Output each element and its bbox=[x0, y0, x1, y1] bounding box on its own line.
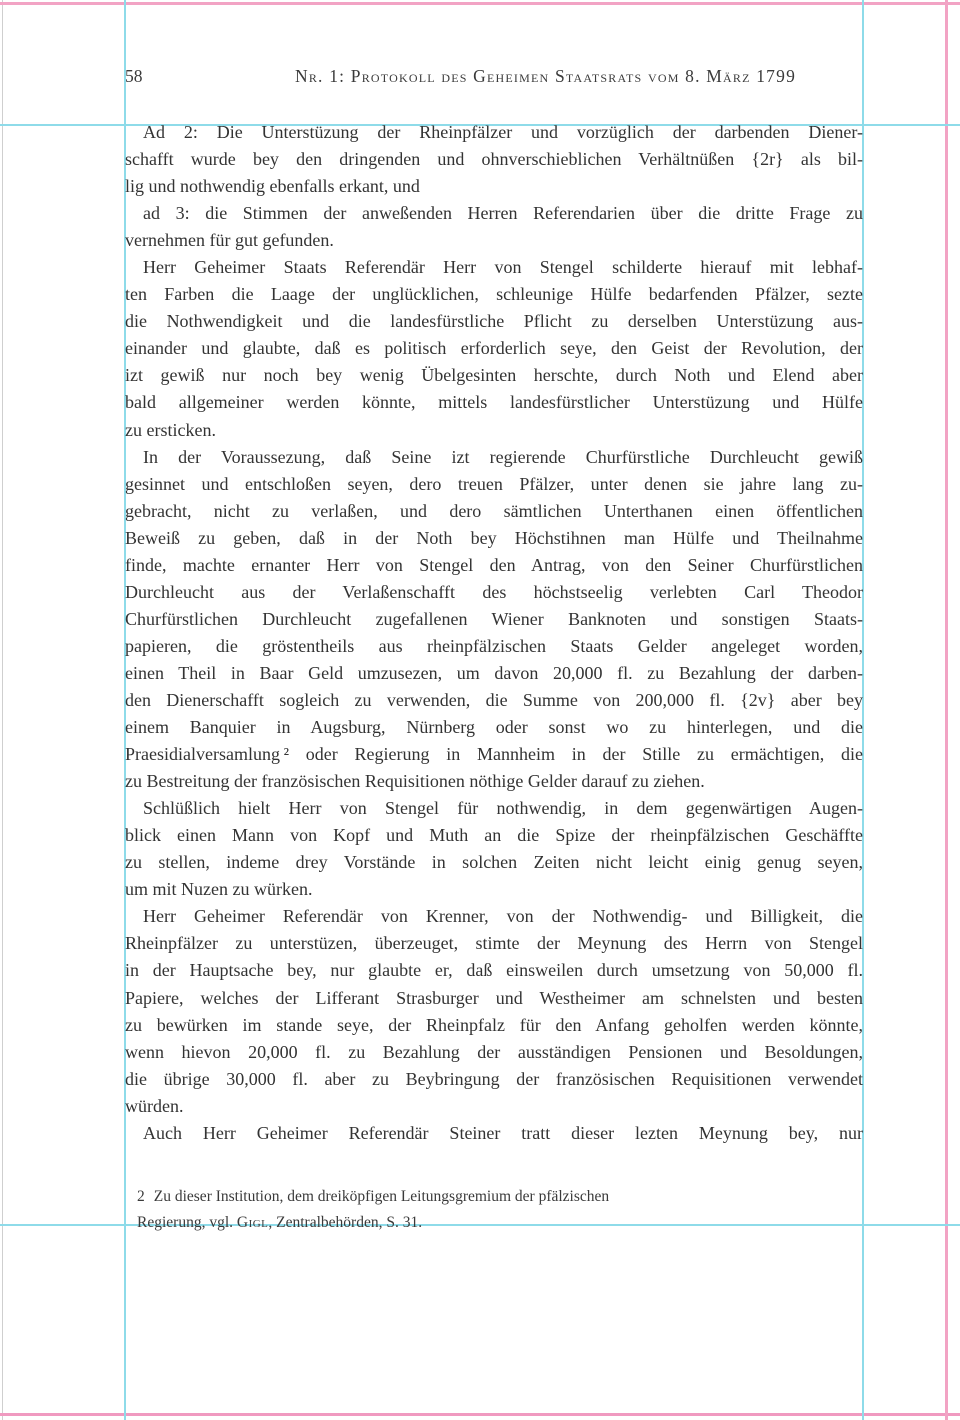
text-line: lig und nothwendig ebenfalls erkant, und bbox=[125, 173, 863, 200]
footnote-text: Regierung, vgl. bbox=[137, 1214, 237, 1231]
footnote-text: Zu dieser Institution, dem dreiköpfigen … bbox=[154, 1188, 609, 1205]
text-line: die übrige 30,000 fl. aber zu Beybringun… bbox=[125, 1066, 863, 1093]
footnote-line: Regierung, vgl. Gigl, Zentralbehörden, S… bbox=[137, 1210, 757, 1236]
text-line: zu stellen, indeme drey Vorstände in sol… bbox=[125, 849, 863, 876]
text-line: einem Banquier in Augsburg, Nürnberg ode… bbox=[125, 714, 863, 741]
text-line: schafft wurde bey den dringenden und ohn… bbox=[125, 146, 863, 173]
text-line: blick einen Mann von Kopf und Muth an di… bbox=[125, 822, 863, 849]
text-line: Rheinpfälzer zu unterstüzen, überzeuget,… bbox=[125, 930, 863, 957]
text-line: Auch Herr Geheimer Referendär Steiner tr… bbox=[125, 1120, 863, 1147]
paragraph: Ad 2: Die Unterstüzung der Rheinpfälzer … bbox=[125, 119, 863, 200]
text-line: bald allgemeiner werden könnte, mittels … bbox=[125, 389, 863, 416]
text-line: gesinnet und entschloßen seyen, dero tre… bbox=[125, 471, 863, 498]
text-line: Praesidialversamlung ² oder Regierung in… bbox=[125, 741, 863, 768]
text-line: Beweiß zu geben, daß in der Noth bey Höc… bbox=[125, 525, 863, 552]
text-line: In der Voraussezung, daß Seine izt regie… bbox=[125, 444, 863, 471]
footnote-author: Gigl bbox=[237, 1214, 269, 1231]
page-edge-line bbox=[2, 0, 3, 1420]
text-line: in der Hauptsache bey, nur glaubte er, d… bbox=[125, 957, 863, 984]
text-line: den Dienerschafft sogleich zu verwenden,… bbox=[125, 687, 863, 714]
text-line: die Nothwendigkeit und die landesfürstli… bbox=[125, 308, 863, 335]
paragraph: Auch Herr Geheimer Referendär Steiner tr… bbox=[125, 1120, 863, 1147]
paragraph: In der Voraussezung, daß Seine izt regie… bbox=[125, 444, 863, 796]
text-line: izt gewiß nur noch bey wenig Übelgesinte… bbox=[125, 362, 863, 389]
text-line: zu bewürken im stande seye, der Rheinpfa… bbox=[125, 1012, 863, 1039]
text-line: Schlüßlich hielt Herr von Stengel für no… bbox=[125, 795, 863, 822]
text-line: zu Bestreitung der französischen Requisi… bbox=[125, 768, 863, 795]
page-header: 58 Nr. 1: Protokoll des Geheimen Staatsr… bbox=[0, 64, 960, 88]
crop-mark-top bbox=[0, 2, 960, 5]
text-line: einander und glaubte, daß es politisch e… bbox=[125, 335, 863, 362]
text-line: Churfürstlichen Durchleucht zugefallenen… bbox=[125, 606, 863, 633]
text-line: papieren, die gröstentheils aus rheinpfä… bbox=[125, 633, 863, 660]
paragraph: Herr Geheimer Referendär von Krenner, vo… bbox=[125, 903, 863, 1119]
body-text: Ad 2: Die Unterstüzung der Rheinpfälzer … bbox=[125, 119, 863, 1147]
crop-mark-right bbox=[945, 0, 948, 1420]
text-line: ad 3: die Stimmen der anweßenden Herren … bbox=[125, 200, 863, 227]
text-line: wenn hievon 20,000 fl. zu Bezahlung der … bbox=[125, 1039, 863, 1066]
text-line: Herr Geheimer Referendär von Krenner, vo… bbox=[125, 903, 863, 930]
page-number: 58 bbox=[125, 64, 143, 88]
book-page-scan: { "header": { "page_number": "58", "runn… bbox=[0, 0, 960, 1420]
footnote-marker: 2 bbox=[137, 1188, 145, 1205]
crop-mark-bottom bbox=[0, 1413, 960, 1416]
text-line: vernehmen für gut gefunden. bbox=[125, 227, 863, 254]
running-head: Nr. 1: Protokoll des Geheimen Staatsrats… bbox=[295, 64, 796, 88]
footnote-text: , Zentralbehörden, S. 31. bbox=[268, 1214, 422, 1231]
text-line: würden. bbox=[125, 1093, 863, 1120]
text-line: Ad 2: Die Unterstüzung der Rheinpfälzer … bbox=[125, 119, 863, 146]
text-line: finde, machte ernanter Herr von Stengel … bbox=[125, 552, 863, 579]
text-line: Herr Geheimer Staats Referendär Herr von… bbox=[125, 254, 863, 281]
paragraph: Herr Geheimer Staats Referendär Herr von… bbox=[125, 254, 863, 443]
footnote: 2Zu dieser Institution, dem dreiköpfigen… bbox=[137, 1184, 757, 1236]
footnote-line: 2Zu dieser Institution, dem dreiköpfigen… bbox=[137, 1184, 757, 1210]
text-line: Papiere, welches der Lifferant Strasburg… bbox=[125, 985, 863, 1012]
text-line: einen Theil in Baar Geld umzusezen, um d… bbox=[125, 660, 863, 687]
text-line: ten Farben die Laage der unglücklichen, … bbox=[125, 281, 863, 308]
text-line: gebracht, nicht zu verlaßen, und dero sä… bbox=[125, 498, 863, 525]
text-line: um mit Nuzen zu würken. bbox=[125, 876, 863, 903]
text-line: Durchleucht aus der Verlaßenschafft des … bbox=[125, 579, 863, 606]
paragraph: Schlüßlich hielt Herr von Stengel für no… bbox=[125, 795, 863, 903]
paragraph: ad 3: die Stimmen der anweßenden Herren … bbox=[125, 200, 863, 254]
text-line: zu ersticken. bbox=[125, 417, 863, 444]
